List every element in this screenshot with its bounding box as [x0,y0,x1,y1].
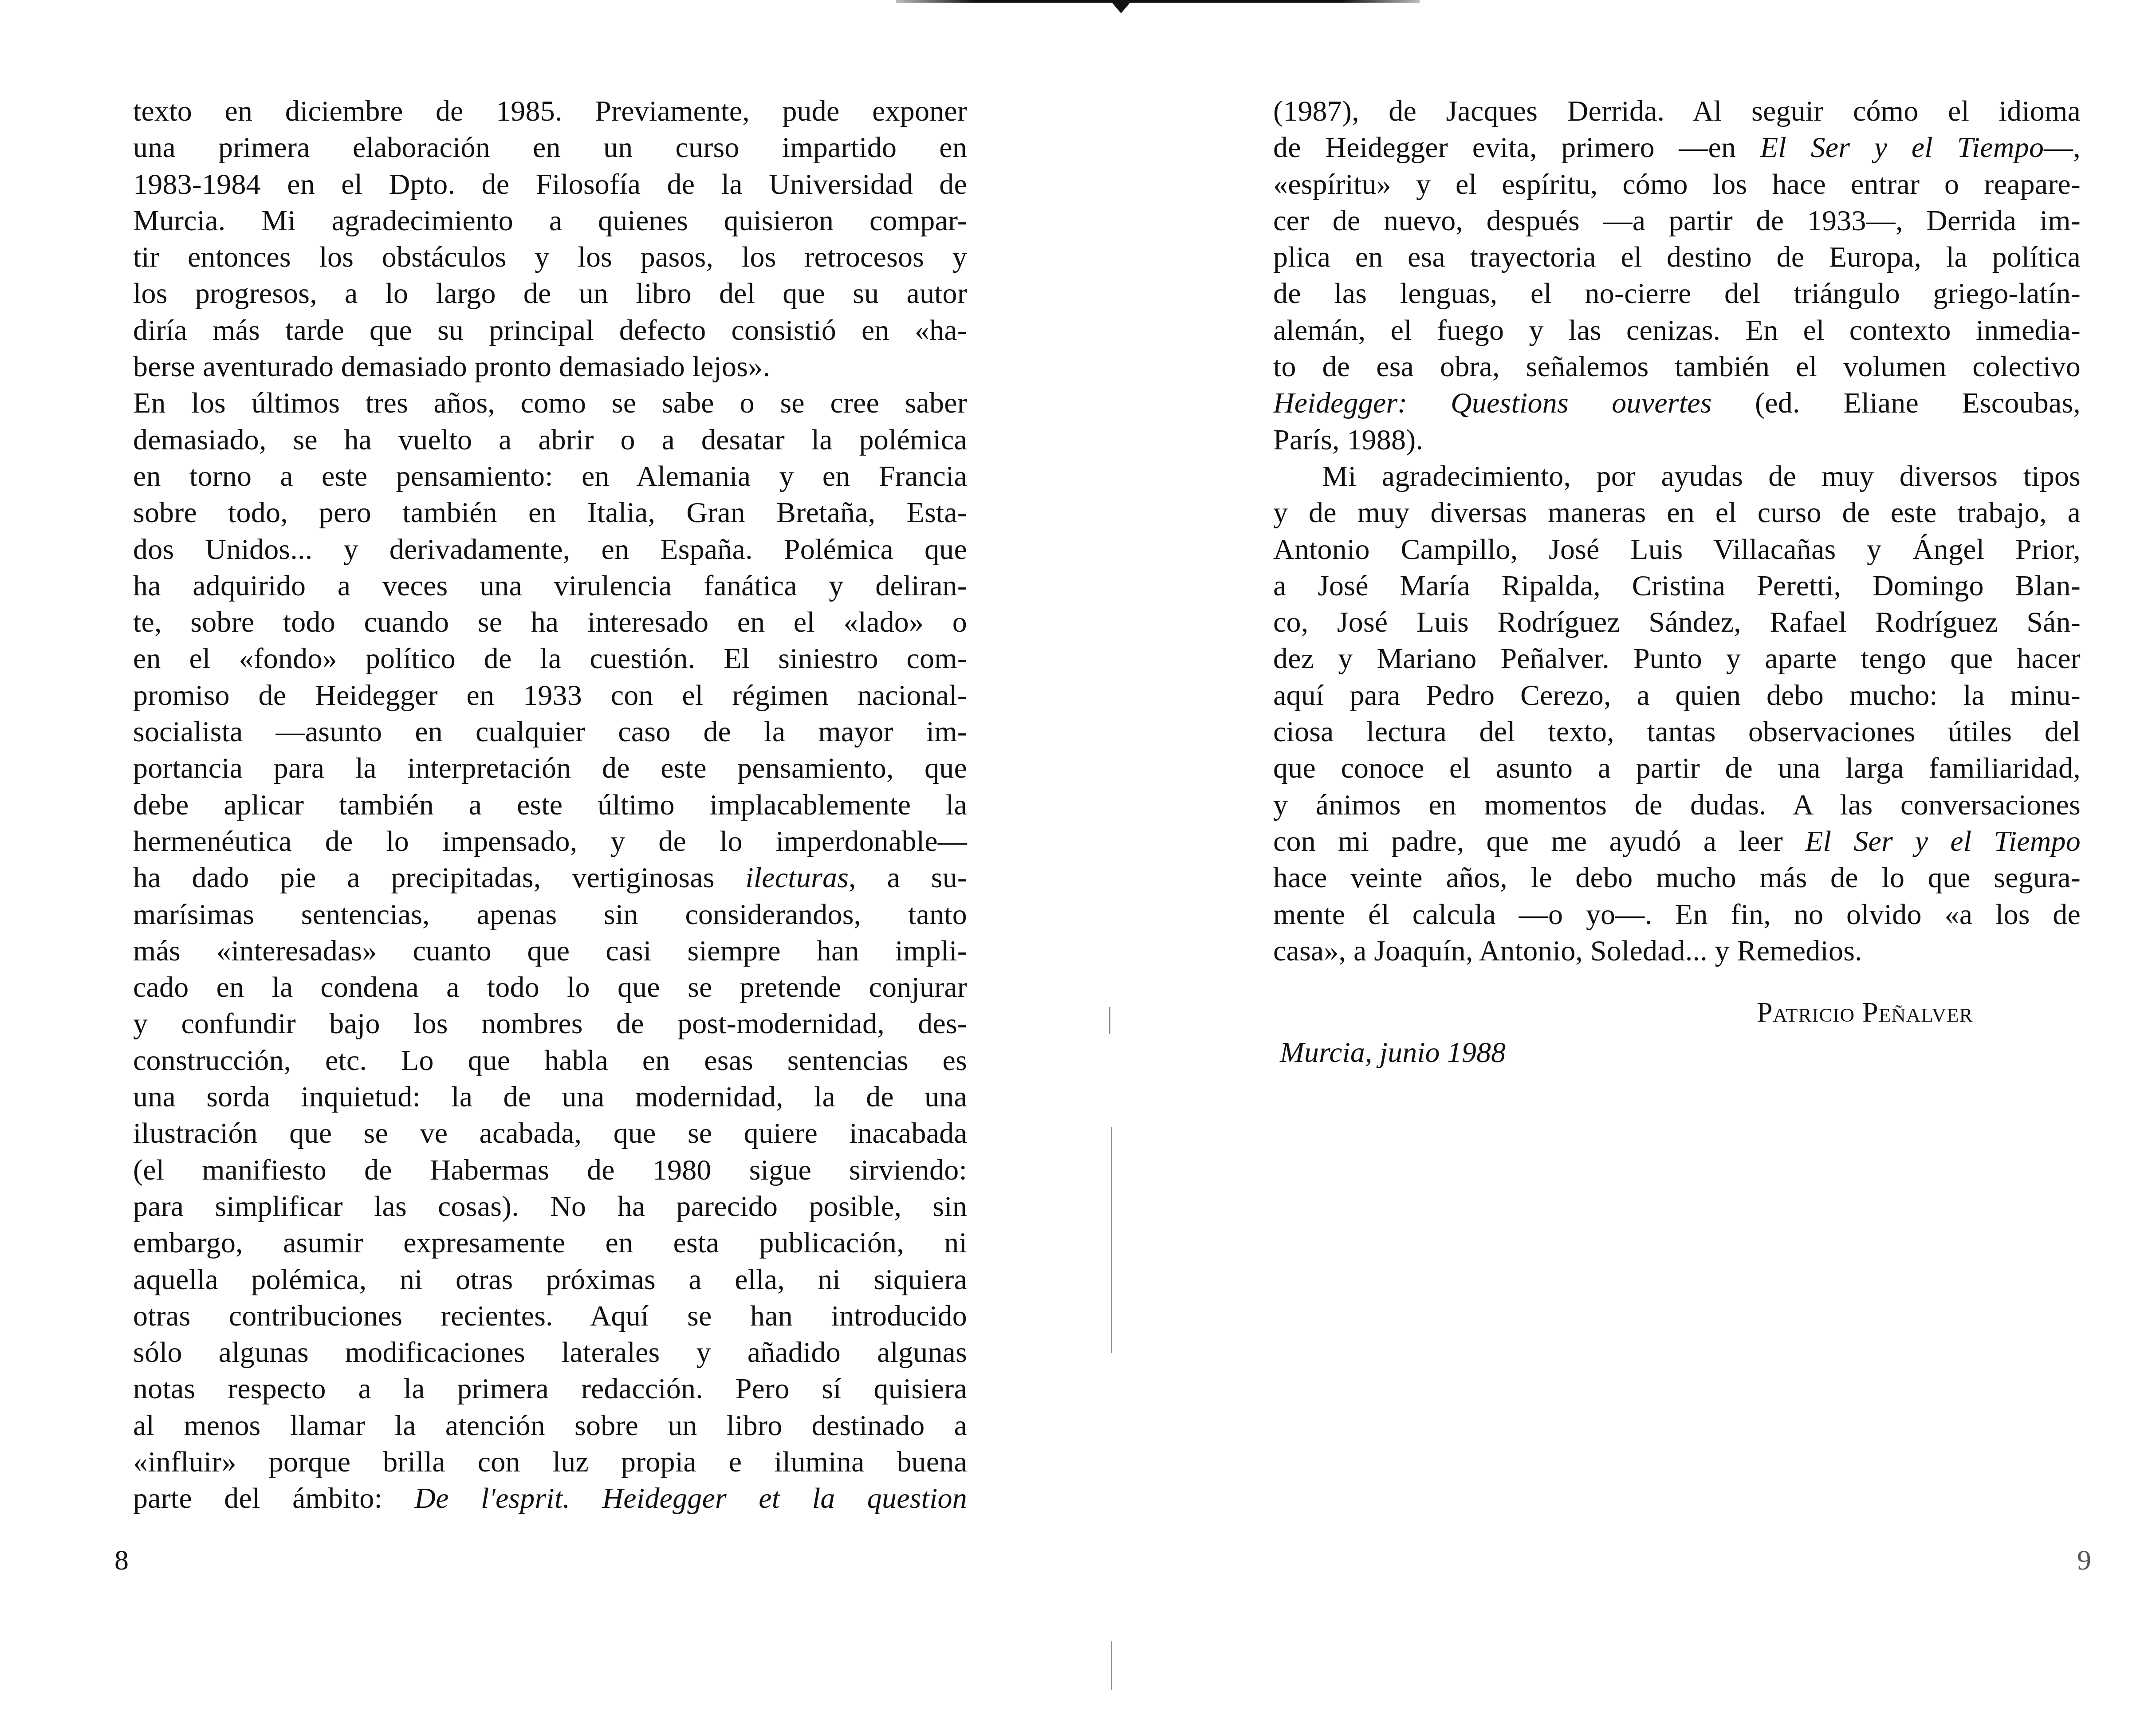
binding-edge-rule [896,0,1420,3]
text-line: to de esa obra, señalemos también el vol… [1273,349,2081,385]
place-date: Murcia, junio 1988 [1280,1036,1506,1070]
text-line: parte del ámbito: De l'esprit. Heidegger… [133,1480,967,1517]
text-line: marísimas sentencias, apenas sin conside… [133,897,967,933]
page-number-right: 9 [2077,1544,2091,1577]
text-line: (el manifiesto de Habermas de 1980 sigue… [133,1152,967,1188]
text-line: construcción, etc. Lo que habla en esas … [133,1042,967,1079]
text-line: sobre todo, pero también en Italia, Gran… [133,495,967,531]
gutter-mark [1111,1641,1112,1690]
text-line: en el «fondo» político de la cuestión. E… [133,641,967,677]
text-line: Heidegger: Questions ouvertes (ed. Elian… [1273,385,2081,421]
text-line: cer de nuevo, después —a partir de 1933—… [1273,203,2081,239]
italic-title: ilecturas [745,862,849,894]
author-signature: Patricio Peñalver [1757,996,1973,1029]
text-line: Murcia. Mi agradecimiento a quienes quis… [133,203,967,239]
italic-title: De l'esprit. Heidegger et la question [414,1482,967,1515]
text-line: al menos llamar la atención sobre un lib… [133,1408,967,1444]
page-number-left: 8 [114,1544,129,1577]
text-line: una primera elaboración en un curso impa… [133,130,967,166]
italic-title: El Ser y el Tiempo [1760,131,2044,164]
text-line: casa», a Joaquín, Antonio, Soledad... y … [1273,933,2081,969]
text-line: Mi agradecimiento, por ayudas de muy div… [1273,458,2081,495]
text-line: y de muy diversas maneras en el curso de… [1273,495,2081,531]
text-line: co, José Luis Rodríguez Sández, Rafael R… [1273,604,2081,641]
text-line: socialista —asunto en cualquier caso de … [133,714,967,750]
text-line: los progresos, a lo largo de un libro de… [133,275,967,312]
text-line: que conoce el asunto a partir de una lar… [1273,750,2081,787]
text-line: hermenéutica de lo impensado, y de lo im… [133,823,967,860]
left-page: texto en diciembre de 1985. Previamente,… [133,93,967,1517]
text-line: tir entonces los obstáculos y los pasos,… [133,239,967,275]
text-line: con mi padre, que me ayudó a leer El Ser… [1273,823,2081,860]
text-line: mente él calcula —o yo—. En fin, no olvi… [1273,897,2081,933]
text-line: alemán, el fuego y las cenizas. En el co… [1273,312,2081,349]
text-line: plica en esa trayectoria el destino de E… [1273,239,2081,275]
text-line: ha dado pie a precipitadas, vertiginosas… [133,860,967,896]
text-line: ciosa lectura del texto, tantas observac… [1273,714,2081,750]
gutter-mark [1109,1007,1110,1034]
italic-title: El Ser y el Tiempo [1805,825,2081,858]
text-line: para simplificar las cosas). No ha parec… [133,1188,967,1225]
text-line: sólo algunas modificaciones laterales y … [133,1334,967,1371]
italic-title: Heidegger: Questions ouvertes [1273,387,1712,419]
text-line: promiso de Heidegger en 1933 con el régi… [133,677,967,714]
text-line: notas respecto a la primera redacción. P… [133,1371,967,1407]
text-line: en torno a este pensamiento: en Alemania… [133,458,967,495]
text-line: hace veinte años, le debo mucho más de l… [1273,860,2081,896]
text-line: demasiado, se ha vuelto a abrir o a desa… [133,422,967,458]
text-line: «espíritu» y el espíritu, cómo los hace … [1273,166,2081,203]
text-line: otras contribuciones recientes. Aquí se … [133,1298,967,1334]
text-line: y ánimos en momentos de dudas. A las con… [1273,787,2081,823]
text-line: aquí para Pedro Cerezo, a quien debo muc… [1273,677,2081,714]
text-line: una sorda inquietud: la de una modernida… [133,1079,967,1115]
text-line: aquella polémica, ni otras próximas a el… [133,1262,967,1298]
text-line: En los últimos tres años, como se sabe o… [133,385,967,421]
text-line: más «interesadas» cuanto que casi siempr… [133,933,967,969]
text-line: portancia para la interpretación de este… [133,750,967,787]
text-line: debe aplicar también a este último impla… [133,787,967,823]
text-line: y confundir bajo los nombres de post-mod… [133,1006,967,1042]
text-line: de Heidegger evita, primero —en El Ser y… [1273,130,2081,166]
binding-notch [1111,2,1131,13]
text-line: de las lenguas, el no-cierre del triángu… [1273,275,2081,312]
text-line: ilustración que se ve acabada, que se qu… [133,1115,967,1152]
text-line: París, 1988). [1273,422,2081,458]
text-line: diría más tarde que su principal defecto… [133,312,967,349]
text-line: 1983-1984 en el Dpto. de Filosofía de la… [133,166,967,203]
text-line: texto en diciembre de 1985. Previamente,… [133,93,967,130]
text-line: a José María Ripalda, Cristina Peretti, … [1273,568,2081,604]
text-line: «influir» porque brilla con luz propia e… [133,1444,967,1480]
text-line: dez y Mariano Peñalver. Punto y aparte t… [1273,641,2081,677]
gutter-mark [1111,1127,1112,1353]
text-line: dos Unidos... y derivadamente, en España… [133,531,967,568]
right-page: (1987), de Jacques Derrida. Al seguir có… [1273,93,2081,969]
text-line: ha adquirido a veces una virulencia faná… [133,568,967,604]
text-line: (1987), de Jacques Derrida. Al seguir có… [1273,93,2081,130]
text-line: te, sobre todo cuando se ha interesado e… [133,604,967,641]
text-line: Antonio Campillo, José Luis Villacañas y… [1273,531,2081,568]
text-line: berse aventurado demasiado pronto demasi… [133,349,967,385]
text-line: embargo, asumir expresamente en esta pub… [133,1225,967,1261]
text-line: cado en la condena a todo lo que se pret… [133,969,967,1006]
